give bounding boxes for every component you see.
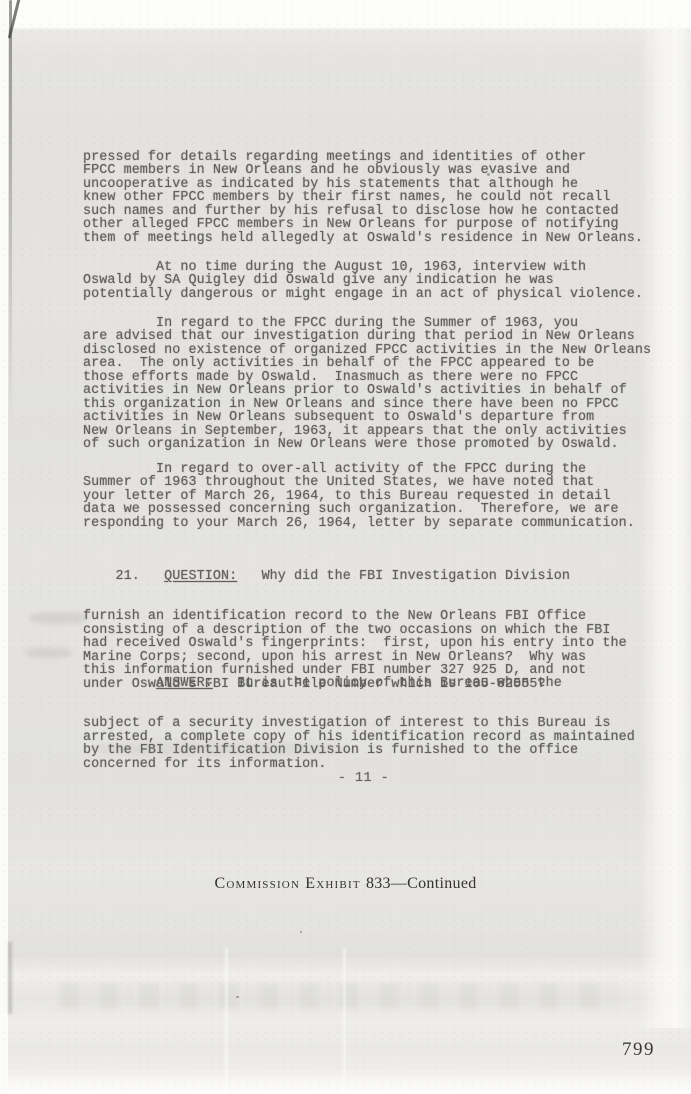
typed-page-number: - 11 -	[36, 771, 691, 786]
ink-bleedthrough-smudge	[95, 742, 345, 756]
exhibit-caption-title: Commission Exhibit	[214, 875, 365, 892]
ink-bleedthrough-smudge	[30, 612, 88, 624]
answer-21-first-line: ANSWER: It is the policy of this Bureau …	[83, 677, 635, 690]
scan-light-streak	[225, 948, 228, 1094]
paragraph-fpcc-summer-1963: In regard to the FPCC during the Summer …	[83, 317, 651, 452]
paper-speck	[300, 931, 302, 933]
answer-21-label: ANSWER:	[156, 676, 213, 691]
exhibit-caption: Commission Exhibit 833—Continued	[0, 875, 691, 893]
scan-texture-band	[60, 983, 620, 1009]
binding-shadow-line	[9, 0, 12, 430]
question-21-first-text: Why did the FBI Investigation Division	[237, 569, 570, 584]
left-margin-strip	[0, 0, 8, 1094]
scanned-document-page: pressed for details regarding meetings a…	[0, 0, 691, 1094]
answer-21-first-text: It is the policy of this Bureau when the	[213, 676, 562, 691]
answer-21-indent	[83, 676, 156, 691]
paragraph-quigley-interview: At no time during the August 10, 1963, i…	[83, 261, 643, 301]
paragraph-overall-fpcc-activity: In regard to over-all activity of the FP…	[83, 463, 635, 530]
paragraph-fpcc-members: pressed for details regarding meetings a…	[83, 151, 643, 245]
question-21-first-line: 21. QUESTION: Why did the FBI Investigat…	[83, 570, 627, 583]
book-page-number: 799	[622, 1039, 655, 1061]
paper-speck	[236, 996, 239, 998]
question-21-label: QUESTION:	[164, 569, 237, 584]
ink-bleedthrough-smudge	[26, 648, 72, 658]
scan-light-streak	[343, 948, 346, 1094]
paper-speck	[487, 173, 490, 176]
question-21-number: 21.	[83, 569, 164, 584]
exhibit-caption-number: 833—Continued	[366, 875, 477, 892]
binding-shadow-bottom	[8, 942, 12, 1014]
